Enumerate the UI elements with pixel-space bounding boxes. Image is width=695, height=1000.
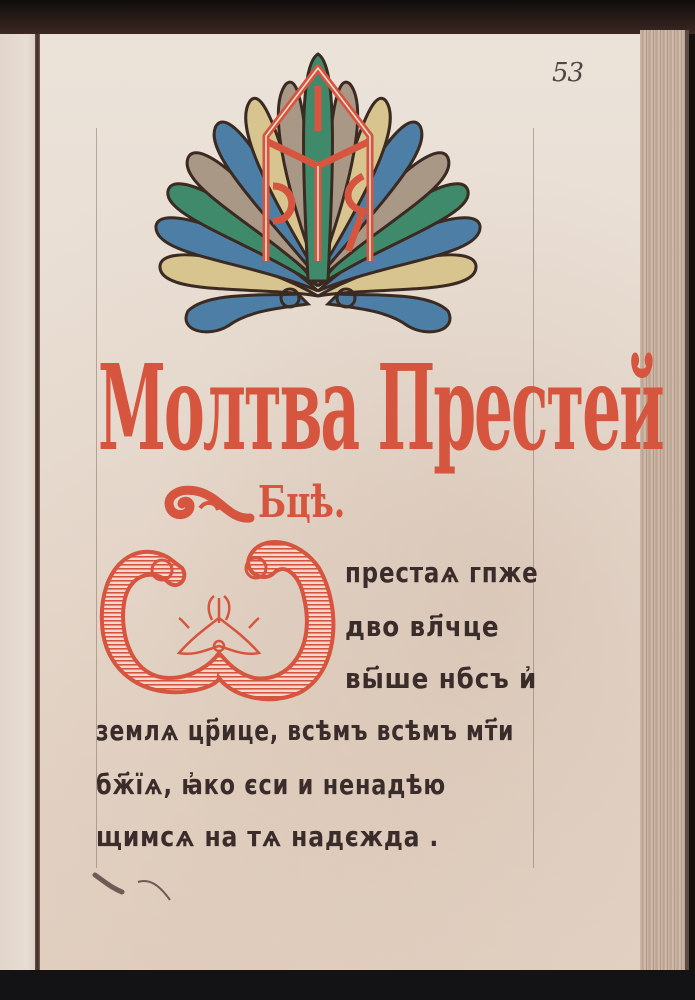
decorated-initial-o-icon	[94, 528, 344, 708]
margin-ruling-left	[96, 128, 97, 868]
rubric-subtitle: Бцѣ.	[258, 478, 345, 528]
decorative-swirl-icon	[160, 478, 258, 526]
body-text-line: дво вл҃чце	[345, 610, 499, 644]
body-text-line: престаѧ гпже	[345, 556, 539, 590]
ornamental-fan-headpiece	[148, 46, 488, 346]
floral-ornament-icon	[179, 596, 259, 654]
margin-ruling-right	[533, 128, 534, 868]
book-top-shadow	[0, 0, 695, 34]
page-fore-edge	[640, 30, 689, 970]
folio-number: 53	[552, 58, 583, 88]
ink-stain-mark	[90, 870, 180, 910]
left-facing-page-edge	[0, 34, 38, 970]
body-text-line: щимсѧ на тѧ надєжда .	[96, 820, 439, 854]
body-text-line: вы҃ше нбсъ и҆	[345, 662, 537, 696]
book-bottom-shadow	[0, 970, 695, 1000]
body-text-line: землѧ цр҃ице, всѣмъ всѣмъ мт҃и	[96, 714, 514, 748]
body-text-line: бж҃їѧ, ꙗ҆ко єси и ненадѣю	[96, 768, 446, 802]
rubric-title: Молтва Престей	[98, 338, 327, 478]
